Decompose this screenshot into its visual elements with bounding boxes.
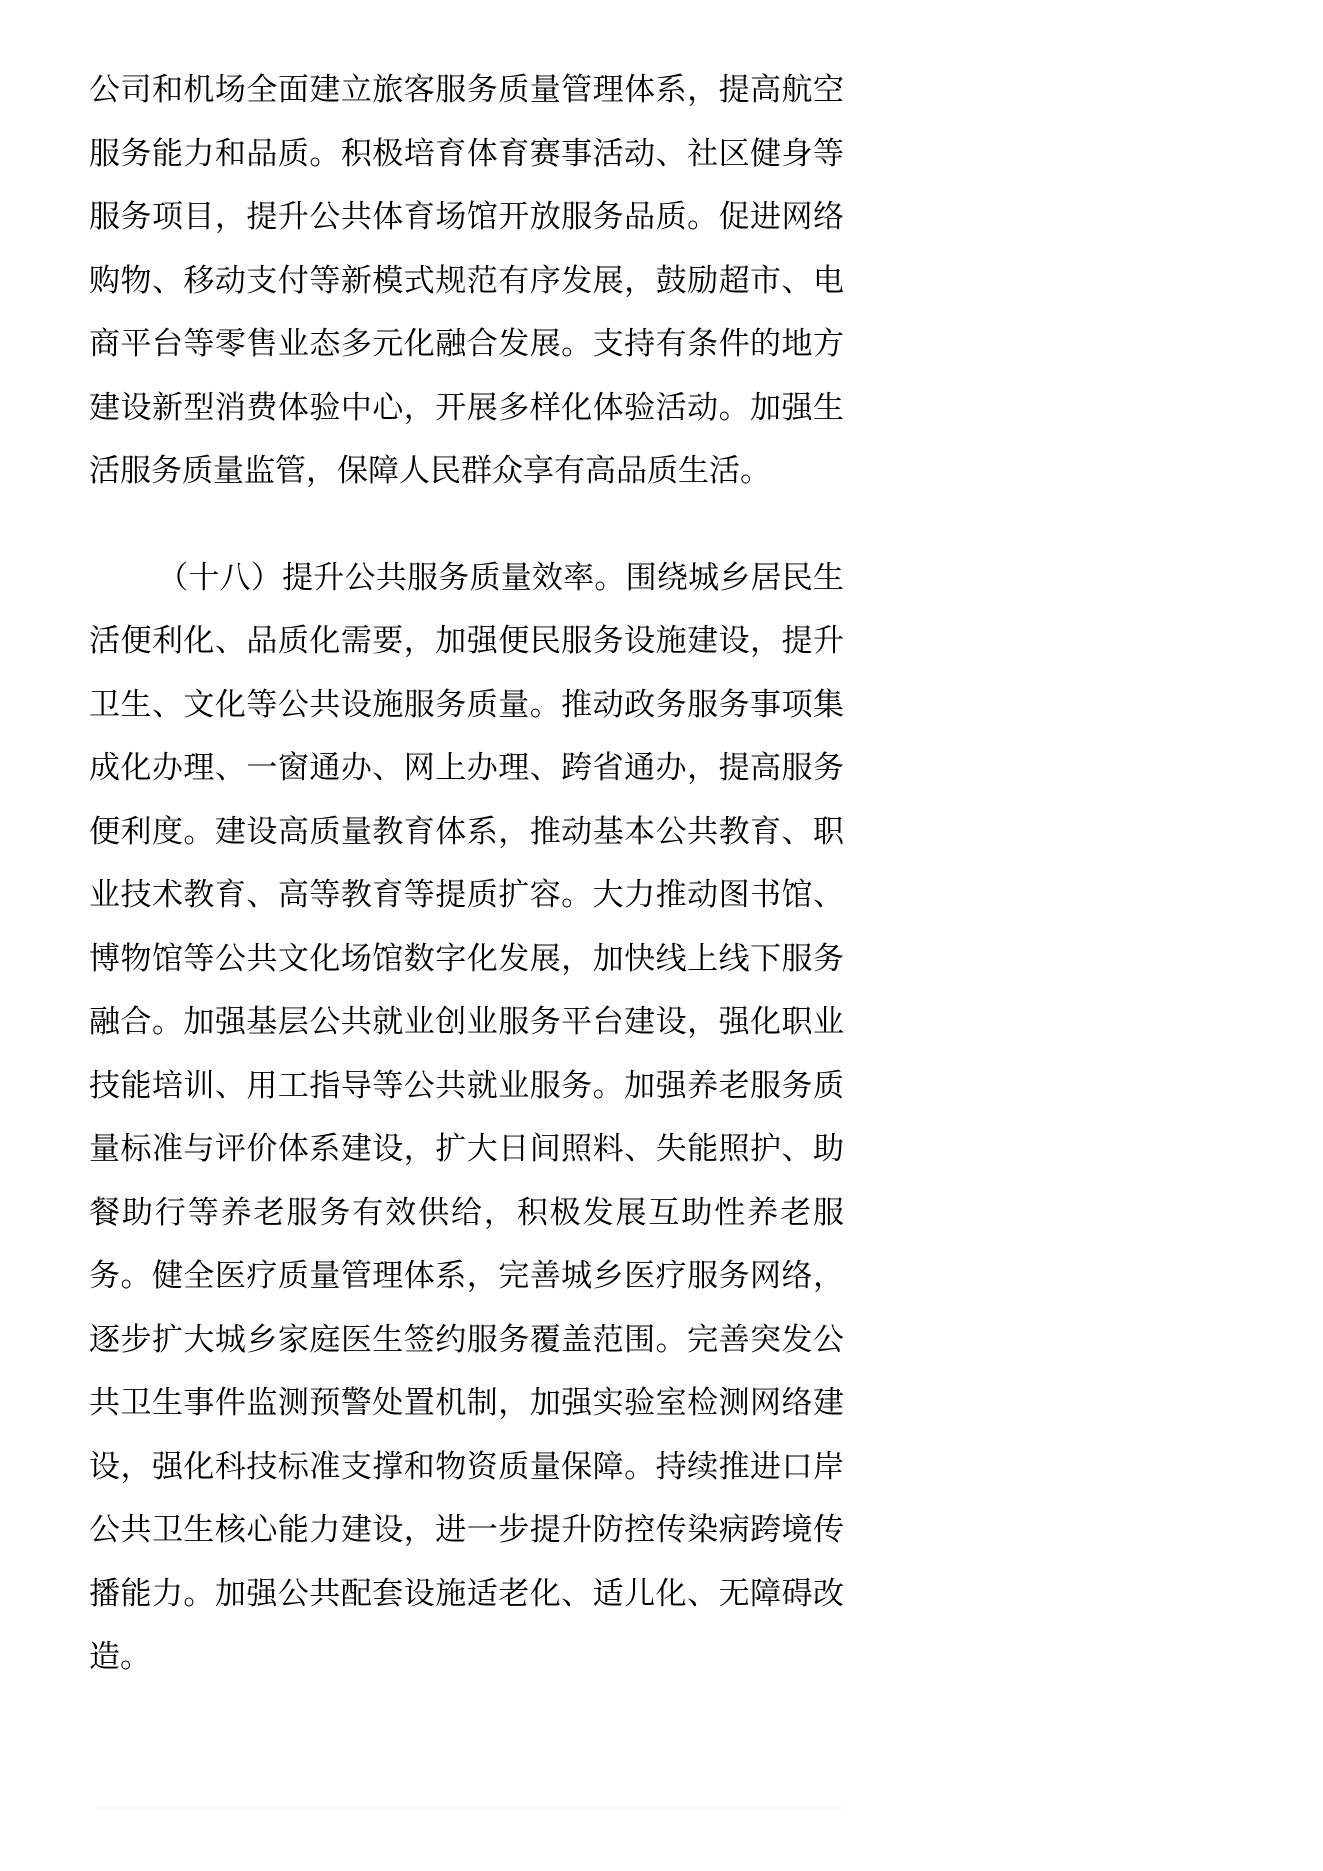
document-page: 公司和机场全面建立旅客服务质量管理体系，提高航空服务能力和品质。积极培育体育赛事… xyxy=(0,0,1323,1871)
paragraph-section-18: （十八）提升公共服务质量效率。围绕城乡居民生活便利化、品质化需要，加强便民服务设… xyxy=(89,546,844,1689)
paragraph-continuation: 公司和机场全面建立旅客服务质量管理体系，提高航空服务能力和品质。积极培育体育赛事… xyxy=(89,58,844,503)
faint-divider xyxy=(99,1807,843,1809)
document-body: 公司和机场全面建立旅客服务质量管理体系，提高航空服务能力和品质。积极培育体育赛事… xyxy=(89,58,844,1689)
